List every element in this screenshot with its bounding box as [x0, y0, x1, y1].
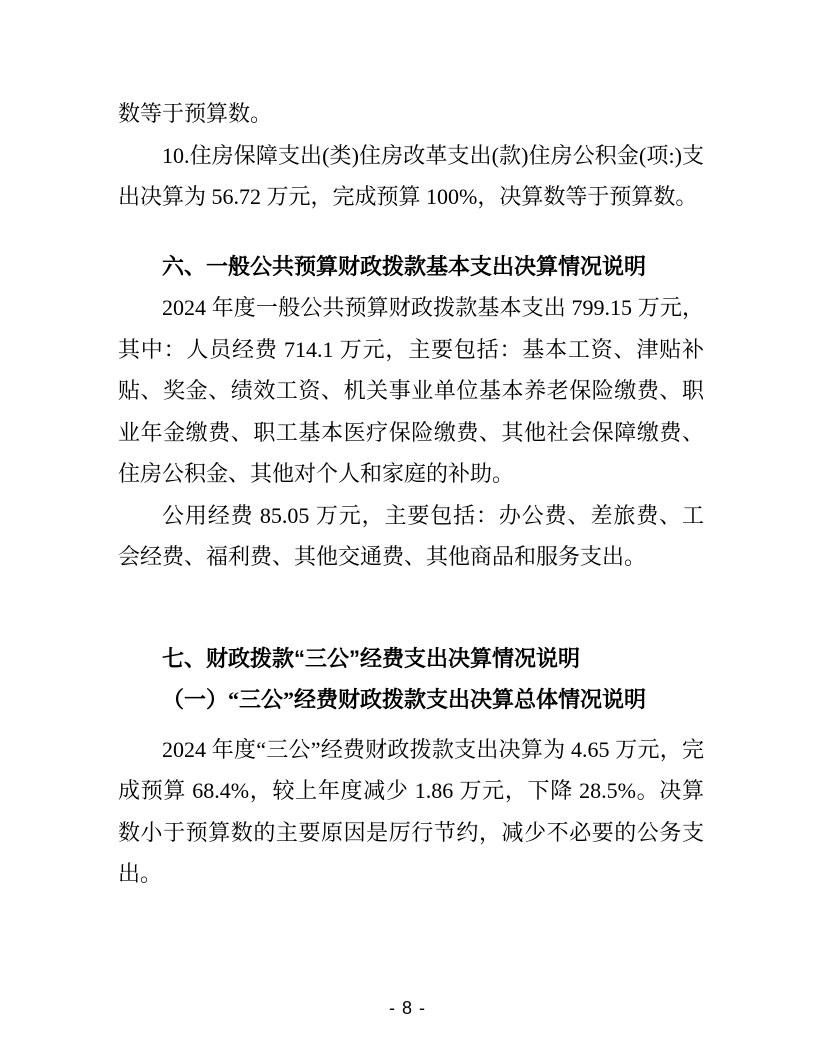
section-seven-paragraph-1: 2024 年度“三公”经费财政拨款支出决算为 4.65 万元，完成预算 68.4… — [118, 729, 704, 895]
page-number: - 8 - — [389, 998, 426, 1018]
section-seven-heading: 七、财政拨款“三公”经费支出决算情况说明 — [118, 638, 704, 680]
document-page: 数等于预算数。 10.住房保障支出(类)住房改革支出(款)住房公积金(项:)支出… — [0, 0, 815, 1055]
paragraph-item-10: 10.住房保障支出(类)住房改革支出(款)住房公积金(项:)支出决算为 56.7… — [118, 135, 704, 218]
section-six-paragraph-1: 2024 年度一般公共预算财政拨款基本支出 799.15 万元，其中：人员经费 … — [118, 287, 704, 495]
section-six-paragraph-2: 公用经费 85.05 万元，主要包括：办公费、差旅费、工会经费、福利费、其他交通… — [118, 495, 704, 578]
section-seven-subheading: （一）“三公”经费财政拨款支出决算总体情况说明 — [118, 679, 704, 721]
paragraph-continuation: 数等于预算数。 — [118, 93, 704, 135]
section-six-heading: 六、一般公共预算财政拨款基本支出决算情况说明 — [118, 246, 704, 288]
document-content: 数等于预算数。 10.住房保障支出(类)住房改革支出(款)住房公积金(项:)支出… — [118, 93, 704, 895]
page-footer: - 8 - — [0, 998, 815, 1019]
